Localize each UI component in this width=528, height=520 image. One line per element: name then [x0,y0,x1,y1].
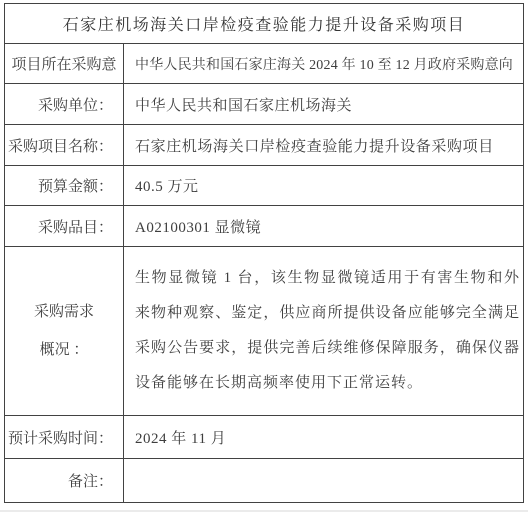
table-row-procurement-item: 采购品目： A02100301 显微镜 [5,205,523,246]
demand-overview-label-line2: 概况 ： [40,331,89,369]
table-title-row: 石家庄机场海关口岸检疫查验能力提升设备采购项目 [5,4,523,43]
document-title: 石家庄机场海关口岸检疫查验能力提升设备采购项目 [5,12,523,35]
row-label-procurement-item: 采购品目： [5,206,124,246]
row-value-procurement-item: A02100301 显微镜 [124,206,523,246]
row-value-budget-amount: 40.5 万元 [124,166,523,205]
row-label-budget-amount: 预算金额： [5,166,124,205]
table-row-demand-overview: 采购需求 概况 ： 生物显微镜 1 台，该生物显微镜适用于有害生物和外来物种观察… [5,246,523,415]
table-row-remarks: 备注： [5,458,523,502]
row-label-purchase-intent: 项目所在采购意 [5,44,124,83]
table-row-purchase-intent: 项目所在采购意 中华人民共和国石家庄海关 2024 年 10 至 12 月政府采… [5,43,523,83]
row-value-purchasing-unit: 中华人民共和国石家庄机场海关 [124,84,523,124]
demand-overview-paragraph: 生物显微镜 1 台，该生物显微镜适用于有害生物和外来物种观察、鉴定，供应商所提供… [135,261,520,401]
row-value-purchase-intent: 中华人民共和国石家庄海关 2024 年 10 至 12 月政府采购意向 [124,44,523,83]
table-row-project-name: 采购项目名称： 石家庄机场海关口岸检疫查验能力提升设备采购项目 [5,124,523,165]
row-label-purchasing-unit: 采购单位： [5,84,124,124]
row-value-project-name: 石家庄机场海关口岸检疫查验能力提升设备采购项目 [124,125,523,165]
procurement-info-table: 石家庄机场海关口岸检疫查验能力提升设备采购项目 项目所在采购意 中华人民共和国石… [4,3,524,503]
demand-overview-label-line1: 采购需求 [34,293,94,331]
row-value-demand-overview: 生物显微镜 1 台，该生物显微镜适用于有害生物和外来物种观察、鉴定，供应商所提供… [124,247,523,415]
row-label-remarks: 备注： [5,459,124,502]
row-label-demand-overview: 采购需求 概况 ： [5,247,124,415]
table-row-purchasing-unit: 采购单位： 中华人民共和国石家庄机场海关 [5,83,523,124]
table-row-expected-time: 预计采购时间： 2024 年 11 月 [5,415,523,458]
page-edge-shadow [0,510,528,512]
table-row-budget-amount: 预算金额： 40.5 万元 [5,165,523,205]
row-value-remarks [124,459,523,502]
row-label-project-name: 采购项目名称： [5,125,124,165]
row-value-expected-time: 2024 年 11 月 [124,416,523,458]
row-label-expected-time: 预计采购时间： [5,416,124,458]
